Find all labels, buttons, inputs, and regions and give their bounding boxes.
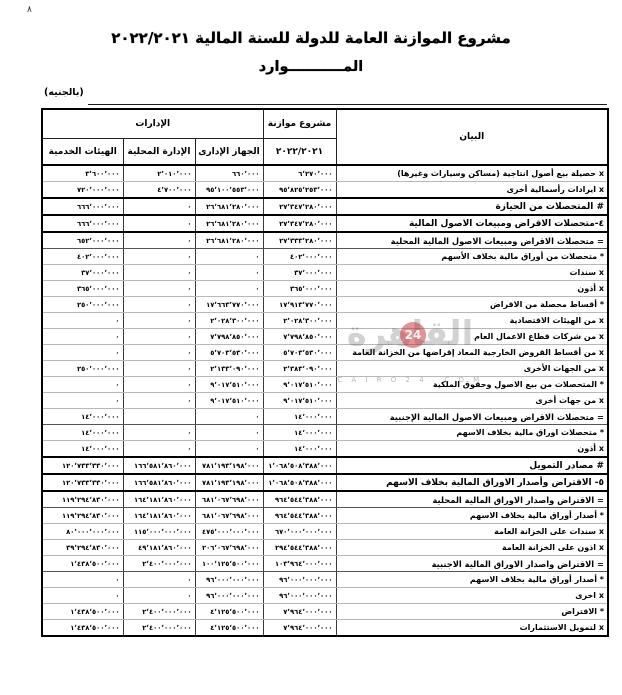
row-value: ٠ — [123, 265, 195, 281]
top-divider — [88, 104, 607, 105]
header-departments: الإدارات — [42, 109, 263, 139]
row-label: * متحصلات اوراق مالية بخلاف الاسهم — [336, 425, 608, 441]
row-value: ٢٬٠٢٨٬٣٠٠٬٠٠٠ — [263, 313, 336, 329]
header-service-authorities: الهيئات الخدمية — [42, 139, 123, 166]
row-value: ٧٬٧٩٨٬٨٥٠٬٠٠٠ — [195, 329, 263, 345]
row-value: ١٬٤٣٨٬٥٠٠٬٠٠٠ — [42, 556, 123, 572]
row-label: * أصدار أوراق مالية بخلاف الاسهم — [336, 508, 608, 524]
row-value: ٠ — [195, 249, 263, 265]
table-row: x ايرادات رأسمالية أخرى٩٥٬٨٢٥٬٢٥٣٬٠٠٠٩٥٬… — [42, 182, 608, 199]
row-value: ٧٨١٬١٩٣٬١٩٨٬٠٠٠ — [195, 457, 263, 474]
row-label: x من جهات أخرى — [336, 393, 608, 409]
table-row: * متحصلات اوراق مالية بخلاف الاسهم١٤٬٠٠٠… — [42, 425, 608, 441]
header-admin-apparatus: الجهاز الإدارى — [195, 139, 263, 166]
row-value: ٠ — [123, 345, 195, 361]
row-value: ١٦٦٬٥٨١٬٨٦٠٬٠٠٠ — [123, 457, 195, 474]
row-label: x من الجهات الأخرى — [336, 361, 608, 377]
document-page: { "page": { "number": "٨", "title": "مشر… — [0, 0, 622, 695]
row-value: ٠ — [195, 265, 263, 281]
row-value: ٧٬٩٦٤٬٠٠٠٬٠٠٠ — [263, 604, 336, 620]
row-value: ٥٬٧٠٣٬٥٣٠٬٠٠٠ — [263, 345, 336, 361]
row-value: ٩٥٬٨٢٥٬٢٥٣٬٠٠٠ — [263, 182, 336, 199]
row-value: ١٬٠٦٨٬٥٠٨٬٣٨٨٬٠٠٠ — [263, 457, 336, 474]
row-value: ٢٬٣٨٣٬٠٩٠٬٠٠٠ — [263, 361, 336, 377]
row-value: ٧٬٩٦٤٬٠٠٠٬٠٠٠ — [263, 620, 336, 637]
row-value: ١٤٬٠٠٠٬٠٠٠ — [263, 409, 336, 425]
row-value: ٠ — [123, 281, 195, 297]
row-value: ٩٥٬١٠٠٬٥٥٣٬٠٠٠ — [195, 182, 263, 199]
row-value: ٠ — [42, 313, 123, 329]
row-value: ٠ — [42, 377, 123, 393]
row-value: ١٧٬٩١٣٬٧٧٠٬٠٠٠ — [263, 297, 336, 313]
row-label: x أذون — [336, 281, 608, 297]
row-value: ٦٬٢٧٠٬٠٠٠ — [263, 165, 336, 182]
table-row: x من الجهات الأخرى٢٬٣٨٣٬٠٩٠٬٠٠٠٢٬١٣٣٬٠٩٠… — [42, 361, 608, 377]
table-row: # مصادر التمويل١٬٠٦٨٬٥٠٨٬٣٨٨٬٠٠٠٧٨١٬١٩٣٬… — [42, 457, 608, 474]
row-value: ٢٥٠٬٠٠٠٬٠٠٠ — [42, 297, 123, 313]
row-value: ٩٬٠١٧٬٥١٠٬٠٠٠ — [263, 393, 336, 409]
table-row: ٤-متحصلات الاقراض ومبيعات الاصول المالية… — [42, 215, 608, 232]
row-value: ٢٧٬٣٣٣٬٢٨٠٬٠٠٠ — [263, 232, 336, 249]
row-value: ١٤٬٠٠٠٬٠٠٠ — [42, 441, 123, 458]
table-row: # المتحصلات من الحيازة٢٧٬٣٤٧٬٢٨٠٬٠٠٠٢٦٬٦… — [42, 198, 608, 215]
row-value: ٢٬٤٠٠٬٠٠٠٬٠٠٠ — [123, 556, 195, 572]
row-value: ٤٬٧٠٠٬٠٠٠ — [123, 182, 195, 199]
row-value: ٠ — [123, 232, 195, 249]
row-value: ١٤٬٠٠٠٬٠٠٠ — [263, 425, 336, 441]
row-label: ٥- الاقتراض وأصدار الاوراق المالية بخلاف… — [336, 474, 608, 491]
row-value: ٢٠٦٬٠٦٧٬٦٩٨٬٠٠٠ — [195, 540, 263, 556]
row-value: ٢٬٠٢٨٬٣٠٠٬٠٠٠ — [195, 313, 263, 329]
row-label: * متحصلات من أوراق مالية بخلاف الأسهم — [336, 249, 608, 265]
row-value: ٠ — [195, 441, 263, 458]
row-value: ١٤٬٠٠٠٬٠٠٠ — [42, 425, 123, 441]
row-label: = الاقتراض واصدار الاوراق المالية الاجنب… — [336, 556, 608, 572]
row-label: x اذون على الخزانة العامة — [336, 540, 608, 556]
row-label: = متحصلات الاقراض ومبيعات الاصول المالية… — [336, 232, 608, 249]
row-value: ٩٦٬٠٠٠٬٠٠٠٬٠٠٠ — [263, 588, 336, 604]
row-value: ٧٨١٬١٩٣٬١٩٨٬٠٠٠ — [195, 474, 263, 491]
row-value: ٦٨١٬٠٦٧٬٦٩٨٬٠٠٠ — [195, 491, 263, 508]
row-label: * المتحصلات من بيع الاصول وحقوق الملكية — [336, 377, 608, 393]
row-label: ٤-متحصلات الاقراض ومبيعات الاصول المالية — [336, 215, 608, 232]
row-label: x من الهيئات الاقتصادية — [336, 313, 608, 329]
row-value: ٠ — [123, 572, 195, 588]
row-value: ١٢٠٬٧٣٣٬٣٣٠٬٠٠٠ — [42, 457, 123, 474]
row-value: ٢٦٬٦٨١٬٢٨٠٬٠٠٠ — [195, 198, 263, 215]
row-value: ٦٧٠٬٠٠٠٬٠٠٠٬٠٠٠ — [263, 524, 336, 540]
table-row: x سندات٣٧٬٠٠٠٬٠٠٠٠٠٣٧٬٠٠٠٬٠٠٠ — [42, 265, 608, 281]
row-label: x ايرادات رأسمالية أخرى — [336, 182, 608, 199]
row-value: ١٬٤٣٨٬٥٠٠٬٠٠٠ — [42, 620, 123, 637]
row-value: ١١٥٬٠٠٠٬٠٠٠٬٠٠٠ — [123, 524, 195, 540]
row-value: ٩٬٠١٧٬٥١٠٬٠٠٠ — [195, 393, 263, 409]
row-value: ٠ — [195, 425, 263, 441]
row-label: x من شركات قطاع الاعمال العام — [336, 329, 608, 345]
row-value: ٦٥٢٬٠٠٠٬٠٠٠ — [42, 232, 123, 249]
table-row: x من أقساط القروض الخارجية المعاد إقراضه… — [42, 345, 608, 361]
row-value: ١٬٤٣٨٬٥٠٠٬٠٠٠ — [42, 604, 123, 620]
row-value: ٠ — [123, 249, 195, 265]
row-value: ٢٧٬٣٤٧٬٢٨٠٬٠٠٠ — [263, 198, 336, 215]
row-value: ٩٬٠١٧٬٥١٠٬٠٠٠ — [263, 377, 336, 393]
row-label: # مصادر التمويل — [336, 457, 608, 474]
page-number: ٨ — [27, 5, 32, 15]
header-statement: البيان — [336, 109, 608, 165]
row-value: ٠ — [123, 425, 195, 441]
row-value — [123, 409, 195, 425]
row-value: ٧٬٧٩٨٬٨٥٠٬٠٠٠ — [263, 329, 336, 345]
row-value: ٤٩٬١٨١٬٨٦٠٬٠٠٠ — [123, 540, 195, 556]
table-row: x أذون٣٦٥٬٠٠٠٬٠٠٠٠٠٣٦٥٬٠٠٠٬٠٠٠ — [42, 281, 608, 297]
page-subtitle: المـــــــــــوارد — [0, 59, 622, 75]
row-value: ٨٠٬٠٠٠٬٠٠٠٬٠٠٠ — [42, 524, 123, 540]
row-value: ٢٩٤٬٥٤٤٬٣٨٨٬٠٠٠ — [263, 540, 336, 556]
row-value: ١٦٤٬١٨١٬٨٦٠٬٠٠٠ — [123, 508, 195, 524]
row-value: ٠ — [123, 361, 195, 377]
row-value: ٠ — [123, 393, 195, 409]
header-local-admin: الإدارة المحلية — [123, 139, 195, 166]
row-value: ١٠٣٬٩٦٤٬٠٠٠٬٠٠٠ — [263, 556, 336, 572]
row-value: ٤٬١٢٥٬٥٠٠٬٠٠٠ — [195, 620, 263, 637]
row-value: ١٦٦٬٥٨١٬٨٦٠٬٠٠٠ — [123, 474, 195, 491]
budget-table: البيان مشروع موازنة الإدارات ٢٠٢٢/٢٠٢١ ا… — [41, 108, 609, 637]
currency-note: (بالجنيه) — [44, 87, 84, 98]
table-row: x اخرى٩٦٬٠٠٠٬٠٠٠٬٠٠٠٩٦٬٠٠٠٬٠٠٠٬٠٠٠٠٠ — [42, 588, 608, 604]
row-value: ٠ — [42, 572, 123, 588]
row-value: ٠ — [123, 297, 195, 313]
row-value: ٣٩٬٢٩٤٬٨٣٠٬٠٠٠ — [42, 540, 123, 556]
row-value: ١٤٬٠٠٠٬٠٠٠ — [42, 409, 123, 425]
row-value: ٠ — [123, 377, 195, 393]
row-value: ٧٢٠٬٠٠٠٬٠٠٠ — [42, 182, 123, 199]
row-value: ٩٦٬٠٠٠٬٠٠٠٬٠٠٠ — [263, 572, 336, 588]
row-value: ٢٧٬٣٤٧٬٢٨٠٬٠٠٠ — [263, 215, 336, 232]
row-value: ٠ — [123, 198, 195, 215]
row-value: ٦٨١٬٠٦٧٬٦٩٨٬٠٠٠ — [195, 508, 263, 524]
row-value: ٣٧٬٠٠٠٬٠٠٠ — [263, 265, 336, 281]
row-value: ٦٦٦٬٠٠٠٬٠٠٠ — [42, 215, 123, 232]
row-label: x أذون — [336, 441, 608, 458]
table-row: = متحصلات الاقراض ومبيعات الاصول المالية… — [42, 232, 608, 249]
row-value: ٢٬٤٠٠٬٠٠٠٬٠٠٠ — [123, 604, 195, 620]
row-value: ٣٬٦٠٠٬٠٠٠ — [42, 165, 123, 182]
header-budget-project: مشروع موازنة — [263, 109, 336, 139]
row-value: ١١٩٬٢٩٤٬٨٣٠٬٠٠٠ — [42, 508, 123, 524]
row-value: ٩٦٬٠٠٠٬٠٠٠٬٠٠٠ — [195, 588, 263, 604]
row-value: ٥٬٧٠٣٬٥٣٠٬٠٠٠ — [195, 345, 263, 361]
row-value: ٠ — [42, 329, 123, 345]
row-value: ٢٬٠١٠٬٠٠٠ — [123, 165, 195, 182]
row-label: x لتمويل الاستثمارات — [336, 620, 608, 637]
table-row: ٥- الاقتراض وأصدار الاوراق المالية بخلاف… — [42, 474, 608, 491]
row-value: ١٤٬٠٠٠٬٠٠٠ — [263, 441, 336, 458]
row-value: ٠ — [123, 441, 195, 458]
row-value: ٩٦٤٬٥٤٤٬٣٨٨٬٠٠٠ — [263, 508, 336, 524]
row-label: x حصيلة بيع أصول انتاجية (مساكن وسيارات … — [336, 165, 608, 182]
row-value: ٤٠٢٬٠٠٠٬٠٠٠ — [42, 249, 123, 265]
table-row: x من جهات أخرى٩٬٠١٧٬٥١٠٬٠٠٠٩٬٠١٧٬٥١٠٬٠٠٠… — [42, 393, 608, 409]
row-value: ٦٦٦٬٠٠٠٬٠٠٠ — [42, 198, 123, 215]
row-value: ٣٧٬٠٠٠٬٠٠٠ — [42, 265, 123, 281]
row-value: ١٢٠٬٧٣٣٬٣٣٠٬٠٠٠ — [42, 474, 123, 491]
header-budget-year: ٢٠٢٢/٢٠٢١ — [263, 139, 336, 166]
row-value: ١٧٬٦٦٣٬٧٧٠٬٠٠٠ — [195, 297, 263, 313]
table-row: * المتحصلات من بيع الاصول وحقوق الملكية٩… — [42, 377, 608, 393]
row-label: = متحصلات الاقراض ومبيعات الاصول المالية… — [336, 409, 608, 425]
table-row: x لتمويل الاستثمارات٧٬٩٦٤٬٠٠٠٬٠٠٠٤٬١٢٥٬٥… — [42, 620, 608, 637]
budget-table-body: x حصيلة بيع أصول انتاجية (مساكن وسيارات … — [42, 165, 608, 636]
row-value: ٠ — [42, 588, 123, 604]
row-label: * الاقتراض — [336, 604, 608, 620]
row-value: ٣٦٥٬٠٠٠٬٠٠٠ — [263, 281, 336, 297]
table-row: = الاقتراض واصدار الاوراق المالية الاجنب… — [42, 556, 608, 572]
row-value: ٠ — [42, 345, 123, 361]
row-label: = الاقتراض واصدار الاوراق المالية المحلي… — [336, 491, 608, 508]
row-value: ٢٬١٣٣٬٠٩٠٬٠٠٠ — [195, 361, 263, 377]
row-value: ١٠٠٬١٢٥٬٥٠٠٬٠٠٠ — [195, 556, 263, 572]
row-value: ٠ — [195, 409, 263, 425]
row-value: ٦٦٠٬٠٠٠ — [195, 165, 263, 182]
row-value: ٢٥٠٬٠٠٠٬٠٠٠ — [42, 361, 123, 377]
table-row: * أصدار أوراق مالية بخلاف الاسهم٩٦٬٠٠٠٬٠… — [42, 572, 608, 588]
row-value: ١٬٠٦٨٬٥٠٨٬٣٨٨٬٠٠٠ — [263, 474, 336, 491]
page-title: مشروع الموازنة العامة للدولة للسنة المال… — [0, 29, 622, 47]
table-row: x سندات على الخزانة العامة٦٧٠٬٠٠٠٬٠٠٠٬٠٠… — [42, 524, 608, 540]
row-value: ٠ — [123, 329, 195, 345]
table-row: = الاقتراض واصدار الاوراق المالية المحلي… — [42, 491, 608, 508]
table-row: * متحصلات من أوراق مالية بخلاف الأسهم٤٠٢… — [42, 249, 608, 265]
row-value: ٢٦٬٦٨١٬٢٨٠٬٠٠٠ — [195, 215, 263, 232]
row-value: ٠ — [123, 588, 195, 604]
row-label: x سندات — [336, 265, 608, 281]
row-value: ٢٬٤٠٠٬٠٠٠٬٠٠٠ — [123, 620, 195, 637]
row-label: * أقساط محصلة من الاقراض — [336, 297, 608, 313]
table-row: * أصدار أوراق مالية بخلاف الاسهم٩٦٤٬٥٤٤٬… — [42, 508, 608, 524]
row-value: ٤٠٢٬٠٠٠٬٠٠٠ — [263, 249, 336, 265]
table-row: x أذون١٤٬٠٠٠٬٠٠٠٠٠١٤٬٠٠٠٬٠٠٠ — [42, 441, 608, 458]
row-value: ٢٦٬٦٨١٬٢٨٠٬٠٠٠ — [195, 232, 263, 249]
row-value: ١١٩٬٢٩٤٬٨٣٠٬٠٠٠ — [42, 491, 123, 508]
row-value: ٤٧٥٬٠٠٠٬٠٠٠٬٠٠٠ — [195, 524, 263, 540]
table-row: x من شركات قطاع الاعمال العام٧٬٧٩٨٬٨٥٠٬٠… — [42, 329, 608, 345]
row-label: x من أقساط القروض الخارجية المعاد إقراضه… — [336, 345, 608, 361]
row-value: ٩٬٠١٧٬٥١٠٬٠٠٠ — [195, 377, 263, 393]
row-value: ٩٦٤٬٥٤٤٬٣٨٨٬٠٠٠ — [263, 491, 336, 508]
row-label: x اخرى — [336, 588, 608, 604]
table-row: x اذون على الخزانة العامة٢٩٤٬٥٤٤٬٣٨٨٬٠٠٠… — [42, 540, 608, 556]
table-row: x من الهيئات الاقتصادية٢٬٠٢٨٬٣٠٠٬٠٠٠٢٬٠٢… — [42, 313, 608, 329]
table-row: * الاقتراض٧٬٩٦٤٬٠٠٠٬٠٠٠٤٬١٢٥٬٥٠٠٬٠٠٠٢٬٤٠… — [42, 604, 608, 620]
row-label: * أصدار أوراق مالية بخلاف الاسهم — [336, 572, 608, 588]
row-label: x سندات على الخزانة العامة — [336, 524, 608, 540]
row-value: ٠ — [123, 215, 195, 232]
row-value: ٠ — [123, 313, 195, 329]
row-value: ١٦٤٬١٨١٬٨٦٠٬٠٠٠ — [123, 491, 195, 508]
table-row: * أقساط محصلة من الاقراض١٧٬٩١٣٬٧٧٠٬٠٠٠١٧… — [42, 297, 608, 313]
row-label: # المتحصلات من الحيازة — [336, 198, 608, 215]
row-value: ٩٦٬٠٠٠٬٠٠٠٬٠٠٠ — [195, 572, 263, 588]
row-value: ٤٬١٢٥٬٥٠٠٬٠٠٠ — [195, 604, 263, 620]
row-value: ٠ — [195, 281, 263, 297]
table-row: x حصيلة بيع أصول انتاجية (مساكن وسيارات … — [42, 165, 608, 182]
table-row: = متحصلات الاقراض ومبيعات الاصول المالية… — [42, 409, 608, 425]
row-value: ٣٦٥٬٠٠٠٬٠٠٠ — [42, 281, 123, 297]
table-header: البيان مشروع موازنة الإدارات ٢٠٢٢/٢٠٢١ ا… — [42, 109, 608, 165]
row-value: ٠ — [42, 393, 123, 409]
